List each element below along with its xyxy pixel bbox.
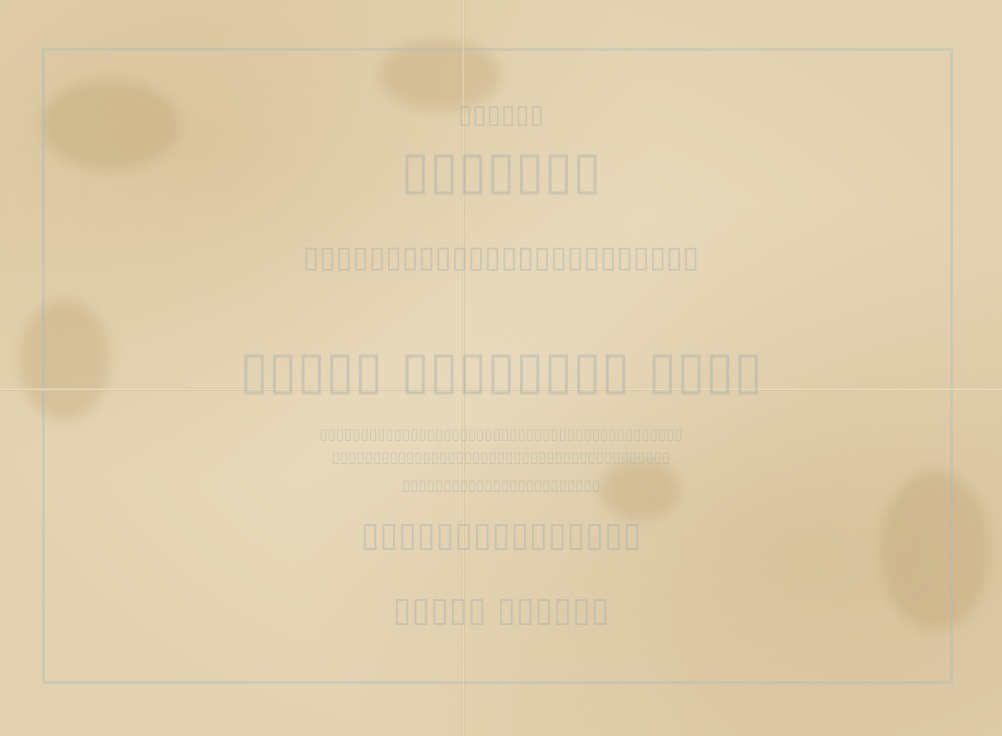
ghost-text-line: ▯▯▯▯ ▯▯▯▯▯▯▯▯ ▯▯▯▯▯ — [0, 340, 1002, 401]
ghost-text-line: ▯▯▯▯▯▯▯ — [0, 140, 1002, 201]
ghost-text-line: ▯▯▯▯▯▯ — [0, 100, 1002, 130]
ghost-signature: ▯▯▯▯▯▯ ▯▯▯▯▯ — [0, 590, 1002, 630]
paper-sheet: ▯▯▯▯▯▯ ▯▯▯▯▯▯▯ ▯▯▯▯▯▯▯▯▯▯▯▯▯▯▯▯▯▯▯▯▯▯▯▯ … — [0, 0, 1002, 736]
ghost-text-line: ▯▯▯▯▯▯▯▯▯▯▯▯▯▯▯▯▯▯▯▯▯▯▯▯ — [0, 476, 1002, 494]
ghost-text-line: ▯▯▯▯▯▯▯▯▯▯▯▯▯▯▯ — [0, 515, 1002, 555]
ghost-text-line: ▯▯▯▯▯▯▯▯▯▯▯▯▯▯▯▯▯▯▯▯▯▯▯▯▯▯▯▯▯▯▯▯▯▯▯▯▯▯▯▯… — [0, 425, 1002, 443]
ghost-text-line: ▯▯▯▯▯▯▯▯▯▯▯▯▯▯▯▯▯▯▯▯▯▯▯▯▯▯▯▯▯▯▯▯▯▯▯▯▯▯▯▯… — [0, 448, 1002, 466]
ghost-text-line: ▯▯▯▯▯▯▯▯▯▯▯▯▯▯▯▯▯▯▯▯▯▯▯▯ — [0, 240, 1002, 275]
